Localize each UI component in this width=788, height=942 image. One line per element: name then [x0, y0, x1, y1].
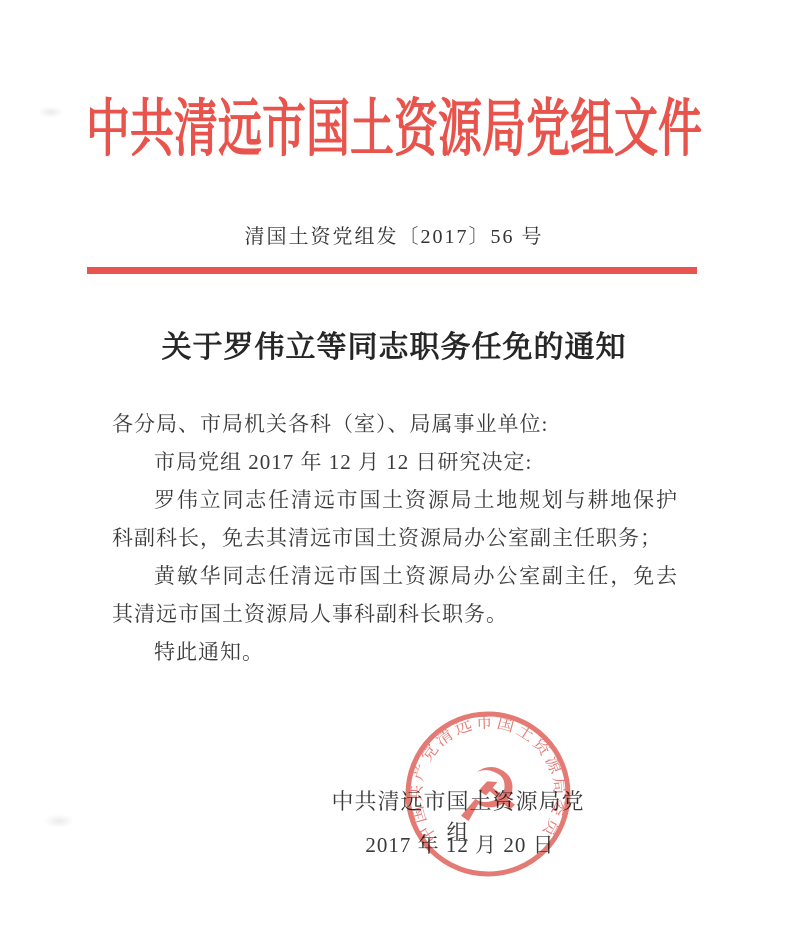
body-paragraph: 黄敏华同志任清远市国土资源局办公室副主任，免去其清远市国土资源局人事科副科长职务… [112, 557, 678, 633]
red-letterhead: 中共清远市国土资源局党组文件 [0, 78, 788, 168]
salutation-line: 各分局、市局机关各科（室）、局属事业单位: [112, 405, 678, 443]
scan-artifact [44, 814, 74, 828]
document-title: 关于罗伟立等同志职务任免的通知 [0, 322, 788, 366]
hammer-sickle-icon: ☭ [455, 753, 521, 839]
official-seal: 中国共产党清远市国土资源局委员会 ☭ [400, 706, 576, 882]
document-number: 清国土资党组发〔2017〕56 号 [0, 220, 788, 249]
red-separator-rule [87, 267, 697, 274]
document-page: 中共清远市国土资源局党组文件 清国土资党组发〔2017〕56 号 关于罗伟立等同… [0, 0, 788, 942]
body-paragraph: 特此通知。 [112, 633, 678, 671]
body-paragraph: 罗伟立同志任清远市国土资源局土地规划与耕地保护科副科长，免去其清远市国土资源局办… [112, 481, 678, 557]
letterhead-title: 中共清远市国土资源局党组文件 [86, 78, 702, 169]
body-paragraph: 市局党组 2017 年 12 月 12 日研究决定: [112, 443, 678, 481]
document-body: 各分局、市局机关各科（室）、局属事业单位: 市局党组 2017 年 12 月 1… [112, 405, 678, 671]
